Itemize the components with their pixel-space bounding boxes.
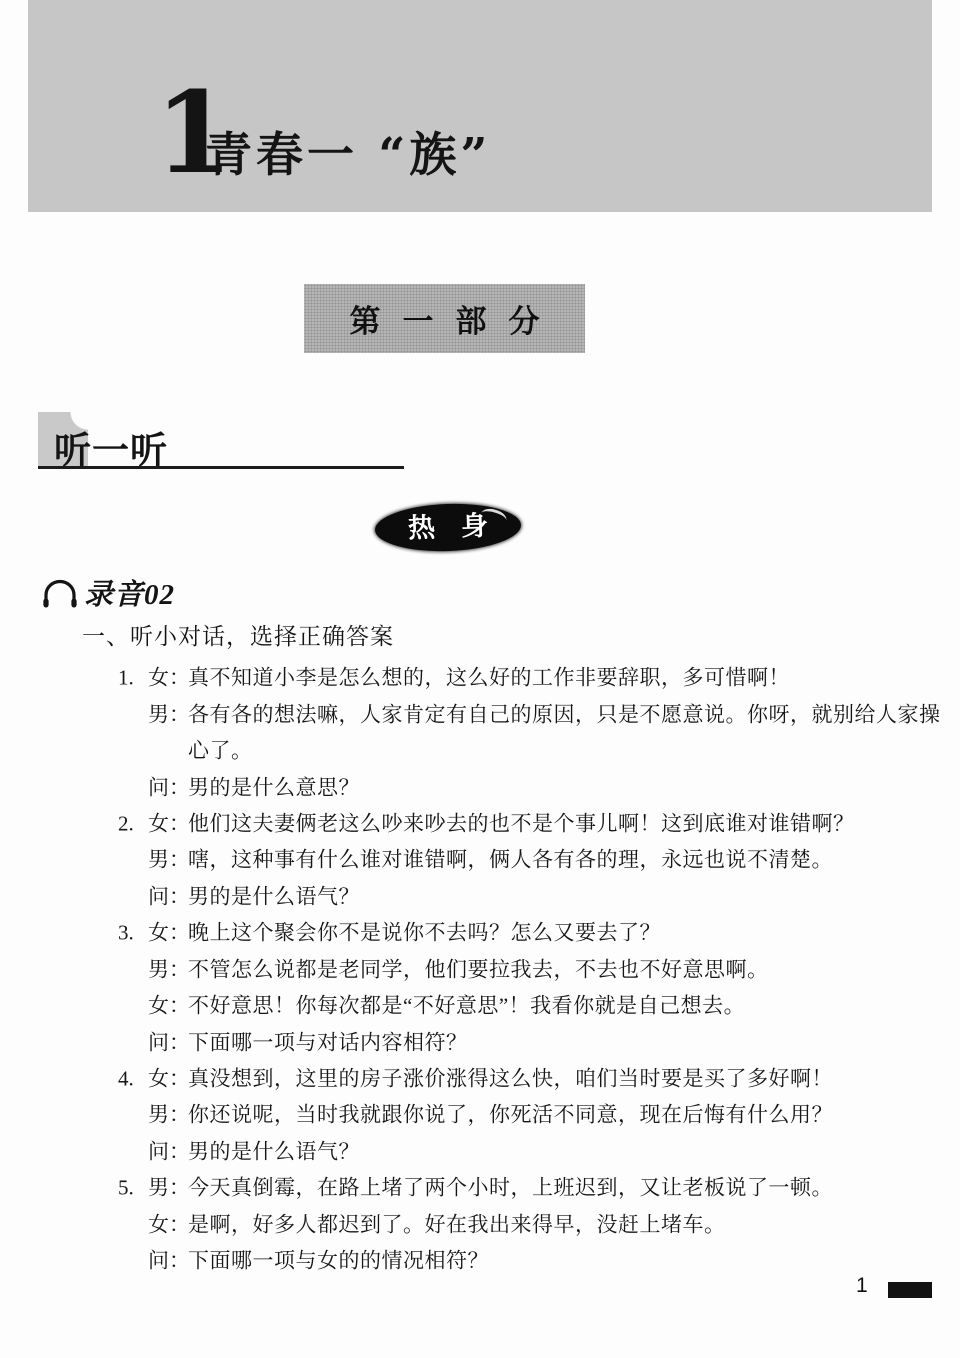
dialogue-line: 问：下面哪一项与女的的情况相符？ [0, 1243, 960, 1279]
speaker-label: 男： [148, 959, 190, 980]
dialogue-number: 1. [118, 668, 134, 689]
dialogue-text: 真没想到，这里的房子涨价涨得这么快，咱们当时要是买了多好啊！ [188, 1069, 833, 1090]
textbook-page: 1 青春一 “族” 第一部分 听一听 热身 录音02 一、听小对话，选择正确答案… [0, 0, 960, 1358]
dialogue-text: 真不知道小李是怎么想的，这么好的工作非要辞职，多可惜啊！ [188, 668, 790, 689]
speaker-label: 问： [148, 777, 190, 798]
dialogue-text: 男的是什么意思？ [188, 777, 360, 798]
speaker-label: 女： [148, 1214, 190, 1235]
part-banner-label: 第一部分 [328, 296, 562, 341]
dialogue-line: 问：男的是什么语气？ [0, 879, 960, 915]
dialogue-text: 他们这夫妻俩老这么吵来吵去的也不是个事儿啊！这到底谁对谁错啊？ [188, 813, 855, 834]
dialogue-text: 男的是什么语气？ [188, 1141, 360, 1162]
dialogue-line: 男：各有各的想法嘛，人家肯定有自己的原因，只是不愿意说。你呀，就别给人家操 [0, 696, 960, 732]
dialogue-text: 各有各的想法嘛，人家肯定有自己的原因，只是不愿意说。你呀，就别给人家操 [188, 704, 941, 725]
footer-bar [888, 1282, 932, 1298]
dialogue-line: 女：不好意思！你每次都是“不好意思”！我看你就是自己想去。 [0, 988, 960, 1024]
recording-row: 录音02 [40, 570, 175, 614]
dialogue-line: 5.男：今天真倒霉，在路上堵了两个小时，上班迟到，又让老板说了一顿。 [0, 1170, 960, 1206]
speaker-label: 男： [148, 850, 190, 871]
dialogue-line: 问：男的是什么语气？ [0, 1134, 960, 1170]
speaker-label: 问： [148, 1032, 190, 1053]
speaker-label: 女： [148, 996, 190, 1017]
dialogue-line: 3.女：晚上这个聚会你不是说你不去吗？怎么又要去了？ [0, 915, 960, 951]
dialogue-list: 1.女：真不知道小李是怎么想的，这么好的工作非要辞职，多可惜啊！男：各有各的想法… [0, 660, 960, 1279]
speaker-label: 女： [148, 923, 190, 944]
speaker-label: 男： [148, 1178, 190, 1199]
dialogue-number: 3. [118, 923, 134, 944]
chapter-banner: 1 青春一 “族” [28, 0, 932, 212]
dialogue-text: 不好意思！你每次都是“不好意思”！我看你就是自己想去。 [188, 996, 745, 1017]
speaker-label: 男： [148, 704, 190, 725]
dialogue-line: 问：下面哪一项与对话内容相符？ [0, 1024, 960, 1060]
section-divider-rule [38, 466, 404, 469]
dialogue-line: 男：你还说呢，当时我就跟你说了，你死活不同意，现在后悔有什么用？ [0, 1097, 960, 1133]
dialogue-line: 4.女：真没想到，这里的房子涨价涨得这么快，咱们当时要是买了多好啊！ [0, 1061, 960, 1097]
dialogue-number: 4. [118, 1069, 134, 1090]
dialogue-text: 心了。 [188, 741, 253, 762]
speaker-label: 男： [148, 1105, 190, 1126]
dialogue-line: 男：不管怎么说都是老同学，他们要拉我去，不去也不好意思啊。 [0, 952, 960, 988]
dialogue-number: 2. [118, 813, 134, 834]
speaker-label: 女： [148, 668, 190, 689]
dialogue-text: 今天真倒霉，在路上堵了两个小时，上班迟到，又让老板说了一顿。 [188, 1178, 833, 1199]
dialogue-text: 不管怎么说都是老同学，他们要拉我去，不去也不好意思啊。 [188, 959, 769, 980]
speaker-label: 女： [148, 1069, 190, 1090]
dialogue-text: 下面哪一项与对话内容相符？ [188, 1032, 468, 1053]
page-number: 1 [856, 1274, 868, 1298]
dialogue-line: 男：嗐，这种事有什么谁对谁错啊，俩人各有各的理，永远也说不清楚。 [0, 842, 960, 878]
dialogue-text: 下面哪一项与女的的情况相符？ [188, 1251, 489, 1272]
speaker-label: 女： [148, 813, 190, 834]
speaker-label: 问： [148, 1141, 190, 1162]
headphones-icon [40, 572, 80, 612]
dialogue-text: 是啊，好多人都迟到了。好在我出来得早，没赶上堵车。 [188, 1214, 726, 1235]
warmup-badge: 热身 [374, 501, 522, 553]
part-banner: 第一部分 [304, 284, 585, 353]
dialogue-number: 5. [118, 1178, 134, 1199]
dialogue-text: 你还说呢，当时我就跟你说了，你死活不同意，现在后悔有什么用？ [188, 1105, 833, 1126]
recording-label: 录音02 [84, 572, 175, 613]
dialogue-line: 1.女：真不知道小李是怎么想的，这么好的工作非要辞职，多可惜啊！ [0, 660, 960, 696]
dialogue-line: 2.女：他们这夫妻俩老这么吵来吵去的也不是个事儿啊！这到底谁对谁错啊？ [0, 806, 960, 842]
dialogue-text: 嗐，这种事有什么谁对谁错啊，俩人各有各的理，永远也说不清楚。 [188, 850, 833, 871]
dialogue-line: 女：是啊，好多人都迟到了。好在我出来得早，没赶上堵车。 [0, 1207, 960, 1243]
dialogue-line: 问：男的是什么意思？ [0, 769, 960, 805]
exercise-heading: 一、听小对话，选择正确答案 [82, 618, 394, 651]
speaker-label: 问： [148, 886, 190, 907]
dialogue-text: 晚上这个聚会你不是说你不去吗？怎么又要去了？ [188, 923, 661, 944]
chapter-title: 青春一 “族” [205, 126, 491, 186]
dialogue-line: 心了。 [0, 733, 960, 769]
speaker-label: 问： [148, 1251, 190, 1272]
dialogue-text: 男的是什么语气？ [188, 886, 360, 907]
